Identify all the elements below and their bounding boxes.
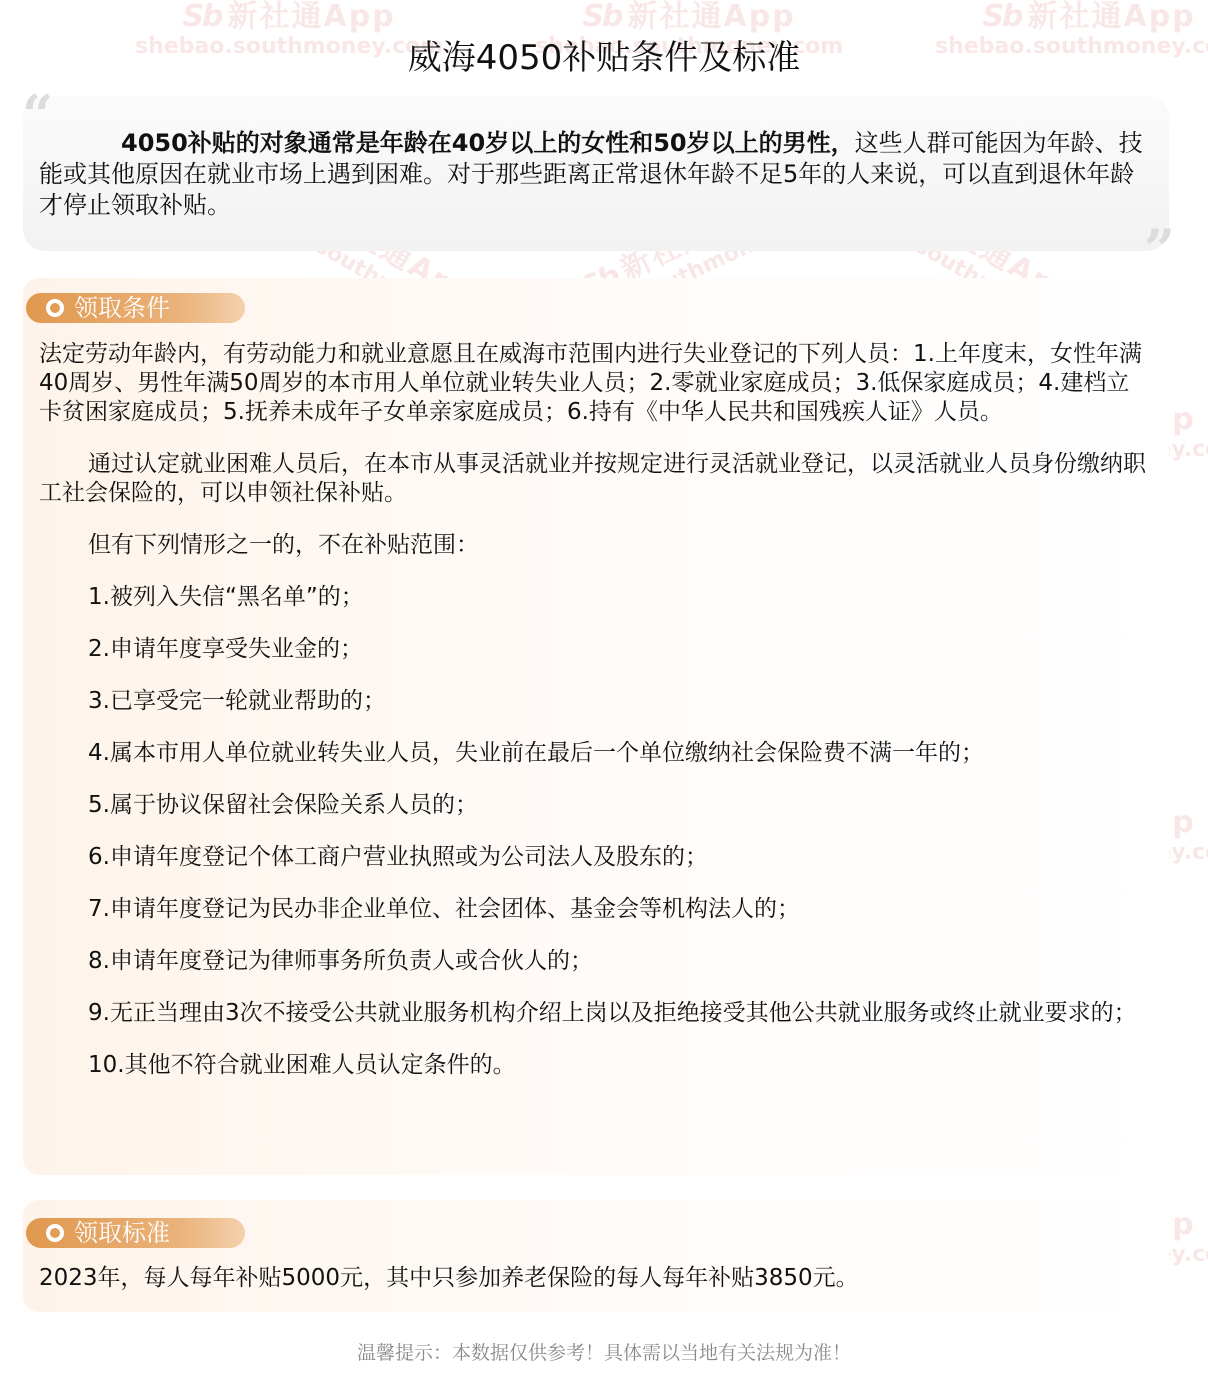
circle-icon: [46, 1224, 64, 1242]
standards-section: [23, 1200, 1169, 1312]
footer-note: 温馨提示：本数据仅供参考！具体需以当地有关法规为准！: [0, 1338, 1208, 1365]
exclusion-item: 7.申请年度登记为民办非企业单位、社会团体、基金会等机构法人的；: [39, 895, 1149, 924]
exclusion-item: 10.其他不符合就业困难人员认定条件的。: [39, 1051, 1149, 1080]
standards-text: 2023年，每人每年补贴5000元，其中只参加养老保险的每人每年补贴3850元。: [39, 1264, 1149, 1293]
conditions-heading: 领取条件: [26, 293, 245, 323]
exclusion-item: 5.属于协议保留社会保险关系人员的；: [39, 791, 1149, 820]
exclusion-item: 9.无正当理由3次不接受公共就业服务机构介绍上岗以及拒绝接受其他公共就业服务或终…: [39, 999, 1149, 1028]
conditions-body: 法定劳动年龄内，有劳动能力和就业意愿且在威海市范围内进行失业登记的下列人员：1.…: [39, 340, 1149, 1103]
conditions-paragraph: 但有下列情形之一的，不在补贴范围：: [39, 531, 1149, 560]
intro-bold-lead: 4050补贴的对象通常是年龄在40岁以上的女性和50岁以上的男性，: [121, 129, 855, 157]
page-title: 威海4050补贴条件及标准: [0, 30, 1208, 79]
conditions-paragraph: 法定劳动年龄内，有劳动能力和就业意愿且在威海市范围内进行失业登记的下列人员：1.…: [39, 340, 1149, 427]
quote-close-icon: ”: [1144, 222, 1175, 276]
exclusion-item: 8.申请年度登记为律师事务所负责人或合伙人的；: [39, 947, 1149, 976]
intro-text: 4050补贴的对象通常是年龄在40岁以上的女性和50岁以上的男性，这些人群可能因…: [39, 128, 1149, 221]
conditions-paragraph: 通过认定就业困难人员后，在本市从事灵活就业并按规定进行灵活就业登记，以灵活就业人…: [39, 450, 1149, 508]
standards-body: 2023年，每人每年补贴5000元，其中只参加养老保险的每人每年补贴3850元。: [39, 1264, 1149, 1293]
conditions-heading-label: 领取条件: [74, 294, 170, 322]
circle-icon: [46, 299, 64, 317]
exclusion-item: 3.已享受完一轮就业帮助的；: [39, 687, 1149, 716]
exclusion-item: 4.属本市用人单位就业转失业人员，失业前在最后一个单位缴纳社会保险费不满一年的；: [39, 739, 1149, 768]
standards-heading-label: 领取标准: [74, 1219, 170, 1247]
exclusion-item: 2.申请年度享受失业金的；: [39, 635, 1149, 664]
exclusion-item: 1.被列入失信“黑名单”的；: [39, 583, 1149, 612]
standards-heading: 领取标准: [26, 1218, 245, 1248]
exclusion-item: 6.申请年度登记个体工商户营业执照或为公司法人及股东的；: [39, 843, 1149, 872]
